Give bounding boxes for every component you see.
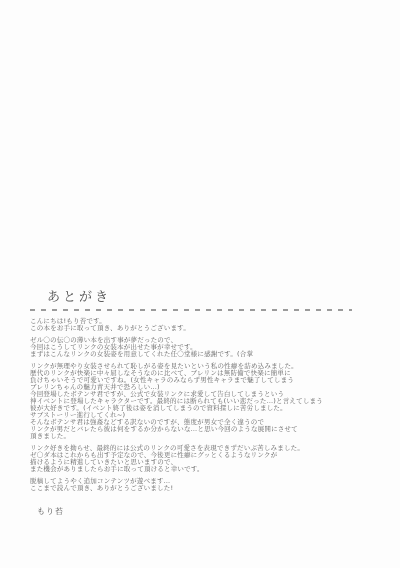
paragraph: 脱稿してようやく追加コンテンツが遊べます…ここまで読んで頂き、ありがとうございま… [30, 478, 355, 492]
paragraph: ゼル〇の伝〇の薄い本を出す事が夢だったので、今回はこうしてリンクの女装本が出せた… [30, 337, 355, 358]
afterword-page: あとがき こんにちは!もり苔です。この本をお手に取って頂き、ありがとうございます… [0, 0, 400, 568]
paragraph: リンク好きを拗らせ、最終的には公式のリンクの可愛さを表現できずだいぶ苦しみました… [30, 445, 355, 473]
text-line: リンクが男だとバレたら彼は何をするか分からないな…と思い今回のような展開にさせて [30, 426, 355, 433]
author-signature: もり苔 [37, 506, 355, 517]
paragraph: こんにちは!もり苔です。この本をお手に取って頂き、ありがとうございます。 [30, 318, 355, 332]
afterword-body: こんにちは!もり苔です。この本をお手に取って頂き、ありがとうございます。ゼル〇の… [30, 318, 355, 492]
text-line: この本をお手に取って頂き、ありがとうございます。 [30, 325, 355, 332]
text-line: ここまで読んで頂き、ありがとうございました! [30, 485, 355, 492]
paragraph: リンクが無理やり女装させられて恥しがる姿を見たいという私の性癖を詰め込みました。… [30, 363, 355, 440]
text-line: 頂きました。 [30, 433, 355, 440]
text-line: まずはこんなリンクの女装姿を用意してくれた任〇堂様に感謝です。(合掌 [30, 351, 355, 358]
page-title: あとがき [47, 291, 355, 305]
dashed-separator [30, 309, 352, 311]
afterword-content: あとがき こんにちは!もり苔です。この本をお手に取って頂き、ありがとうございます… [30, 291, 355, 517]
text-line: また機会がありましたらお手に取って頂けると幸いです。 [30, 466, 355, 473]
